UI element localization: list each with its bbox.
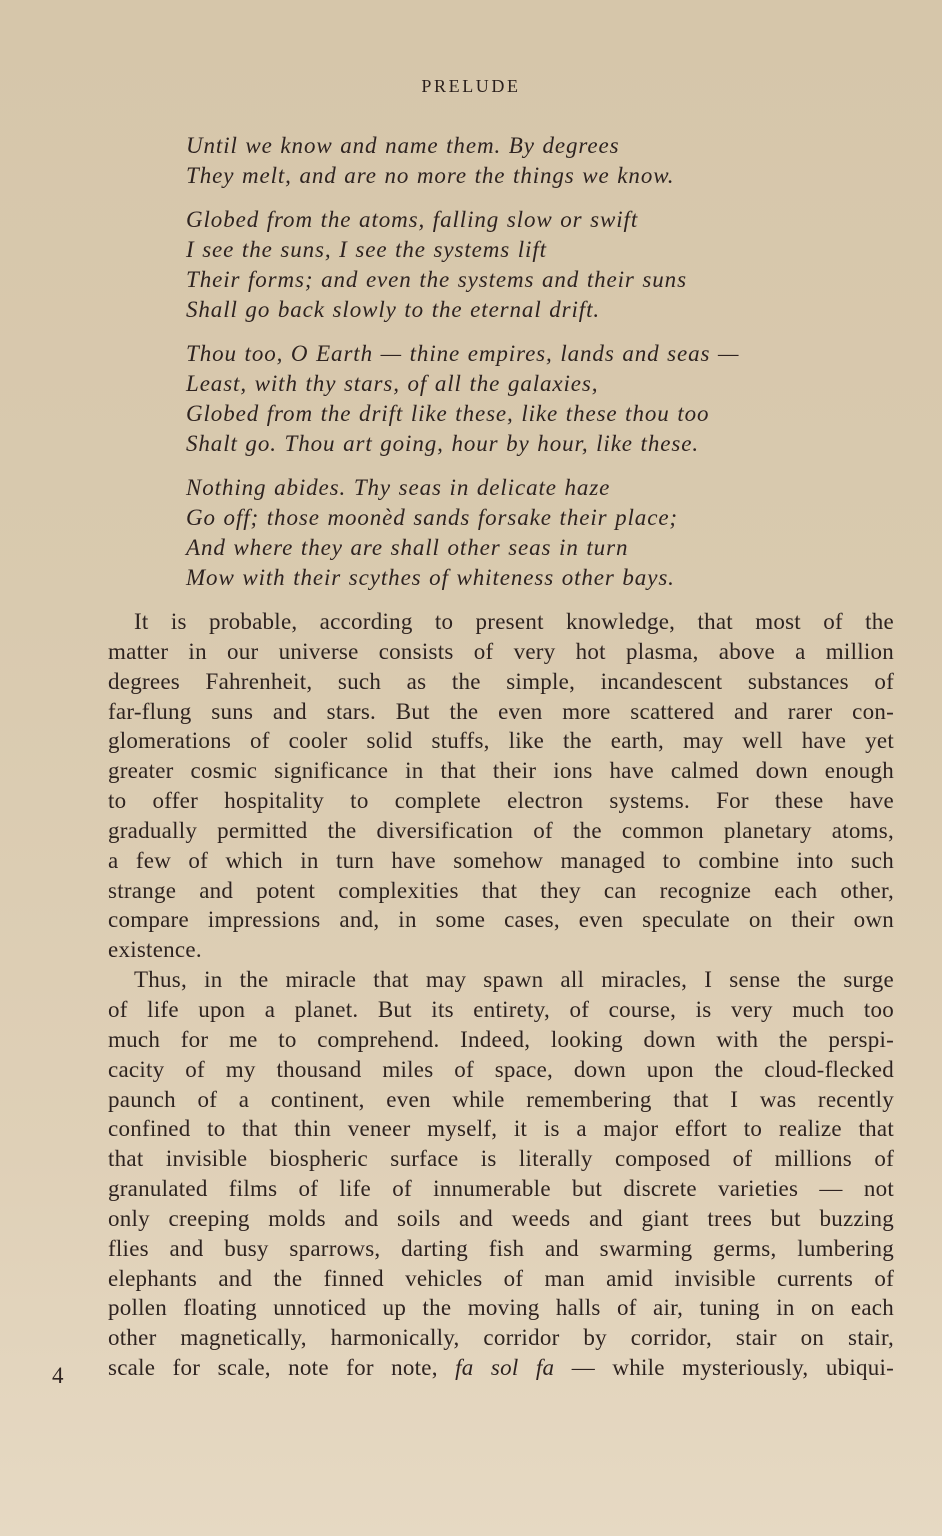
text-line: glomerations of cooler solid stuffs, lik… <box>108 726 894 756</box>
page-number: 4 <box>52 1363 64 1389</box>
poem-line: And where they are shall other seas in t… <box>186 533 739 563</box>
body-text: It is probable, according to present kno… <box>108 607 894 1383</box>
poem-line: Least, with thy stars, of all the galaxi… <box>186 369 739 399</box>
text-line: matter in our universe consists of very … <box>108 637 894 667</box>
paragraph-1: It is probable, according to present kno… <box>108 607 894 965</box>
text-line: elephants and the finned vehicles of man… <box>108 1264 894 1294</box>
text-line: a few of which in turn have somehow mana… <box>108 846 894 876</box>
poem-line: Shall go back slowly to the eternal drif… <box>186 295 739 325</box>
poem-line: Mow with their scythes of whiteness othe… <box>186 563 739 593</box>
text-line: that invisible biospheric surface is lit… <box>108 1144 894 1174</box>
text-line: compare impressions and, in some cases, … <box>108 905 894 935</box>
running-head-text: PRELUDE <box>421 76 520 97</box>
poem-line: I see the suns, I see the systems lift <box>186 235 739 265</box>
text-line: only creeping molds and soils and weeds … <box>108 1204 894 1234</box>
poem-line: Globed from the drift like these, like t… <box>186 399 739 429</box>
text-line: much for me to comprehend. Indeed, looki… <box>108 1025 894 1055</box>
text-line: cacity of my thousand miles of space, do… <box>108 1055 894 1085</box>
text-line: granulated films of life of innumerable … <box>108 1174 894 1204</box>
poem-line: Shalt go. Thou art going, hour by hour, … <box>186 429 739 459</box>
poem-line: They melt, and are no more the things we… <box>186 161 739 191</box>
poem-stanza-4: Nothing abides. Thy seas in delicate haz… <box>186 473 739 593</box>
text-line: greater cosmic significance in that thei… <box>108 756 894 786</box>
running-head: PRELUDE <box>29 76 942 97</box>
text-line: to offer hospitality to complete electro… <box>108 786 894 816</box>
text-line: paunch of a continent, even while rememb… <box>108 1085 894 1115</box>
text-line: of life upon a planet. But its entirety,… <box>108 995 894 1025</box>
paragraph-2: Thus, in the miracle that may spawn all … <box>108 965 894 1383</box>
text-fragment: — while mysteriously, ubiqui- <box>554 1355 894 1380</box>
text-line: Thus, in the miracle that may spawn all … <box>108 965 894 995</box>
text-line: flies and busy sparrows, darting fish an… <box>108 1234 894 1264</box>
text-line: existence. <box>108 935 894 965</box>
poem-stanza-1: Until we know and name them. By degrees … <box>186 131 739 191</box>
book-page: PRELUDE Until we know and name them. By … <box>0 0 942 1536</box>
text-line: strange and potent complexities that the… <box>108 876 894 906</box>
text-line: far-flung suns and stars. But the even m… <box>108 697 894 727</box>
poem-line: Their forms; and even the systems and th… <box>186 265 739 295</box>
poem-stanza-2: Globed from the atoms, falling slow or s… <box>186 205 739 325</box>
text-line-final: scale for scale, note for note, fa sol f… <box>108 1353 894 1383</box>
text-line: It is probable, according to present kno… <box>108 607 894 637</box>
text-line: degrees Fahrenheit, such as the simple, … <box>108 667 894 697</box>
poem-line: Go off; those moonèd sands forsake their… <box>186 503 739 533</box>
poem-line: Until we know and name them. By degrees <box>186 131 739 161</box>
text-line: confined to that thin veneer myself, it … <box>108 1114 894 1144</box>
poem-line: Nothing abides. Thy seas in delicate haz… <box>186 473 739 503</box>
poem-stanza-3: Thou too, O Earth — thine empires, lands… <box>186 339 739 459</box>
italic-phrase: fa sol fa <box>455 1355 554 1380</box>
text-line: pollen floating unnoticed up the moving … <box>108 1293 894 1323</box>
text-line: gradually permitted the diversification … <box>108 816 894 846</box>
poem-epigraph: Until we know and name them. By degrees … <box>186 131 739 607</box>
poem-line: Globed from the atoms, falling slow or s… <box>186 205 739 235</box>
poem-line: Thou too, O Earth — thine empires, lands… <box>186 339 739 369</box>
text-fragment: scale for scale, note for note, <box>108 1355 455 1380</box>
text-line: other magnetically, harmonically, corrid… <box>108 1323 894 1353</box>
